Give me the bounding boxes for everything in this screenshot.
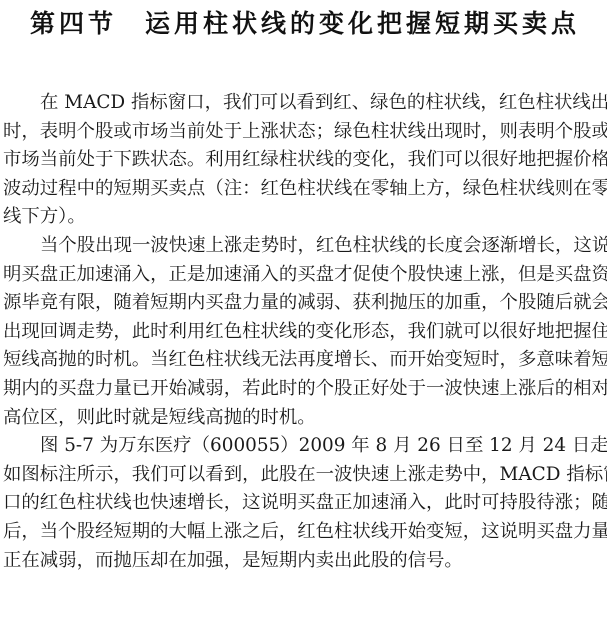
- text-line: 出现回调走势，此时利用红色柱状线的变化形态，我们就可以很好地把握住: [3, 318, 607, 347]
- paragraph-3: 图 5-7 为万东医疗（600055）2009 年 8 月 26 日至 12 月…: [3, 432, 607, 575]
- text-line: 正在减弱，而抛压却在加强，是短期内卖出此股的信号。: [3, 547, 607, 576]
- paragraph-2: 当个股出现一波快速上涨走势时，红色柱状线的长度会逐渐增长，这说 明买盘正加速涌入…: [3, 232, 607, 432]
- text-line: 波动过程中的短期买卖点（注：红色柱状线在零轴上方，绿色柱状线则在零: [3, 175, 607, 204]
- text-line: 图 5-7 为万东医疗（600055）2009 年 8 月 26 日至 12 月…: [3, 432, 607, 461]
- document-body: 在 MACD 指标窗口，我们可以看到红、绿色的柱状线，红色柱状线出现 时，表明个…: [3, 89, 607, 575]
- text-line: 口的红色柱状线也快速增长，这说明买盘正加速涌入，此时可持股待涨；随: [3, 489, 607, 518]
- text-line: 后，当个股经短期的大幅上涨之后，红色柱状线开始变短，这说明买盘力量: [3, 518, 607, 547]
- text-line: 线下方）。: [3, 203, 607, 232]
- paragraph-1: 在 MACD 指标窗口，我们可以看到红、绿色的柱状线，红色柱状线出现 时，表明个…: [3, 89, 607, 232]
- text-line: 明买盘正加速涌入，正是加速涌入的买盘才促使个股快速上涨，但是买盘资: [3, 261, 607, 290]
- text-line: 源毕竟有限，随着短期内买盘力量的减弱、获利抛压的加重，个股随后就会: [3, 289, 607, 318]
- text-line: 市场当前处于下跌状态。利用红绿柱状线的变化，我们可以很好地把握价格: [3, 146, 607, 175]
- text-line: 当个股出现一波快速上涨走势时，红色柱状线的长度会逐渐增长，这说: [3, 232, 607, 261]
- text-line: 高位区，则此时就是短线高抛的时机。: [3, 404, 607, 433]
- text-line: 短线高抛的时机。当红色柱状线无法再度增长、而开始变短时，多意味着短: [3, 346, 607, 375]
- text-line: 如图标注所示，我们可以看到，此股在一波快速上涨走势中，MACD 指标窗: [3, 461, 607, 490]
- section-heading: 第四节运用柱状线的变化把握短期买卖点: [0, 4, 610, 40]
- section-title: 运用柱状线的变化把握短期买卖点: [145, 9, 580, 38]
- section-number: 第四节: [30, 9, 117, 38]
- text-line: 时，表明个股或市场当前处于上涨状态；绿色柱状线出现时，则表明个股或: [3, 118, 607, 147]
- text-line: 期内的买盘力量已开始减弱，若此时的个股正好处于一波快速上涨后的相对: [3, 375, 607, 404]
- text-line: 在 MACD 指标窗口，我们可以看到红、绿色的柱状线，红色柱状线出现: [3, 89, 607, 118]
